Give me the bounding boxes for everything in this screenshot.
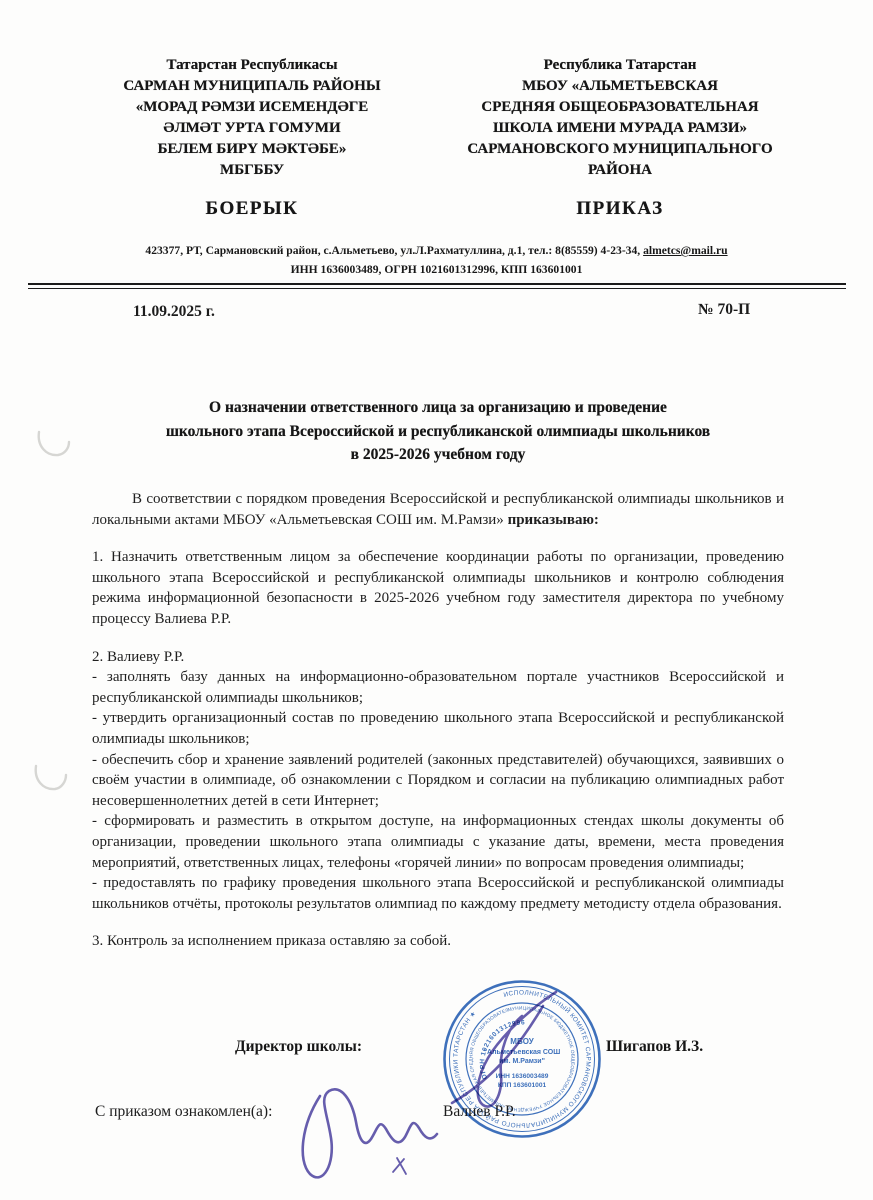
letterhead-russian-line: РАЙОНА	[426, 160, 814, 181]
letterhead-russian-line: САРМАНОВСКОГО МУНИЦИПАЛЬНОГО	[426, 139, 814, 160]
intro-text: В соответствии с порядком проведения Все…	[92, 491, 784, 528]
stamp-center-line: КПП 163601001	[498, 1082, 547, 1089]
paragraph-2-item: - заполнять базу данных на информационно…	[92, 667, 784, 708]
letterhead-russian-line: МБОУ «АЛЬМЕТЬЕВСКАЯ	[426, 76, 814, 97]
order-date: 11.09.2025 г.	[133, 303, 215, 321]
stamp-center-line: "Альметьевская СОШ	[484, 1049, 561, 1056]
paragraph-2-item: - обеспечить сбор и хранение заявлений р…	[92, 750, 784, 812]
letterhead-russian: Республика Татарстан МБОУ «АЛЬМЕТЬЕВСКАЯ…	[426, 55, 814, 219]
school-round-stamp: ИСПОЛНИТЕЛЬНЫЙ КОМИТЕТ САРМАНОВСКОГО МУН…	[441, 978, 603, 1140]
paragraph-2-head: 2. Валиеву Р.Р.	[92, 647, 784, 668]
stamp-center-line: МБОУ	[510, 1037, 534, 1046]
letterhead-tatar-line: САРМАН МУНИЦИПАЛЬ РАЙОНЫ	[72, 76, 432, 97]
order-title-line: О назначении ответственного лица за орга…	[92, 396, 784, 420]
ack-ink-signature	[303, 1089, 437, 1177]
letterhead-tatar-line: ӘЛМӘТ УРТА ГОМУМИ	[72, 118, 432, 139]
scanned-order-document: Татарстан Республикасы САРМАН МУНИЦИПАЛЬ…	[0, 0, 873, 1200]
order-title: О назначении ответственного лица за орга…	[92, 396, 784, 467]
paragraph-2-item: - утвердить организационный состав по пр…	[92, 708, 784, 749]
punch-hole-artifact	[32, 756, 68, 796]
paragraph-3: 3. Контроль за исполнением приказа остав…	[92, 931, 784, 952]
paragraph-1: 1. Назначить ответственным лицом за обес…	[92, 547, 784, 629]
order-number: № 70-П	[698, 301, 750, 319]
doc-word-tatar: БОЕРЫК	[72, 198, 432, 219]
doc-word-russian: ПРИКАЗ	[426, 198, 814, 219]
paragraph-2-item: - предоставлять по графику проведения шк…	[92, 873, 784, 914]
punch-hole-artifact	[36, 424, 72, 464]
stamp-center-line: им. М.Рамзи"	[499, 1058, 545, 1065]
letterhead-tatar: Татарстан Республикасы САРМАН МУНИЦИПАЛЬ…	[72, 55, 432, 219]
letterhead-russian-line: СРЕДНЯЯ ОБЩЕОБРАЗОВАТЕЛЬНАЯ	[426, 97, 814, 118]
stamp-center-line: ИНН 1636003489	[496, 1073, 549, 1080]
email-text: almetcs@mail.ru	[643, 244, 728, 257]
order-title-line: школьного этапа Всероссийской и республи…	[92, 420, 784, 444]
letterhead-tatar-line: «МОРАД РӘМЗИ ИСЕМЕНДӘГЕ	[72, 97, 432, 118]
letterhead-russian-line: ШКОЛА ИМЕНИ МУРАДА РАМЗИ»	[426, 118, 814, 139]
intro-paragraph: В соответствии с порядком проведения Все…	[92, 489, 784, 530]
ack-ink-signature	[393, 1158, 406, 1174]
letterhead-tatar-line: Татарстан Республикасы	[72, 55, 432, 76]
letterhead-russian-line: Республика Татарстан	[426, 55, 814, 76]
letterhead-tatar-line: БЕЛЕМ БИРҮ МӘКТӘБЕ»	[72, 139, 432, 160]
address-text: 423377, РТ, Сармановский район, с.Альмет…	[145, 244, 643, 257]
contacts-block: 423377, РТ, Сармановский район, с.Альмет…	[58, 241, 815, 279]
header-divider-rule	[28, 283, 846, 289]
acknowledgement-label: С приказом ознакомлен(а):	[95, 1103, 272, 1121]
order-body: В соответствии с порядком проведения Все…	[92, 489, 784, 969]
letterhead-tatar-line: МБГББУ	[72, 160, 432, 181]
director-label: Директор школы:	[235, 1038, 362, 1056]
order-title-line: в 2025-2026 учебном году	[92, 443, 784, 467]
address-line: 423377, РТ, Сармановский район, с.Альмет…	[58, 241, 815, 260]
requisites-line: ИНН 1636003489, ОГРН 1021601312996, КПП …	[58, 260, 815, 279]
paragraph-2-item: - сформировать и разместить в открытом д…	[92, 811, 784, 873]
intro-bold-word: приказываю:	[508, 512, 599, 528]
director-name: Шигапов И.З.	[606, 1038, 703, 1056]
